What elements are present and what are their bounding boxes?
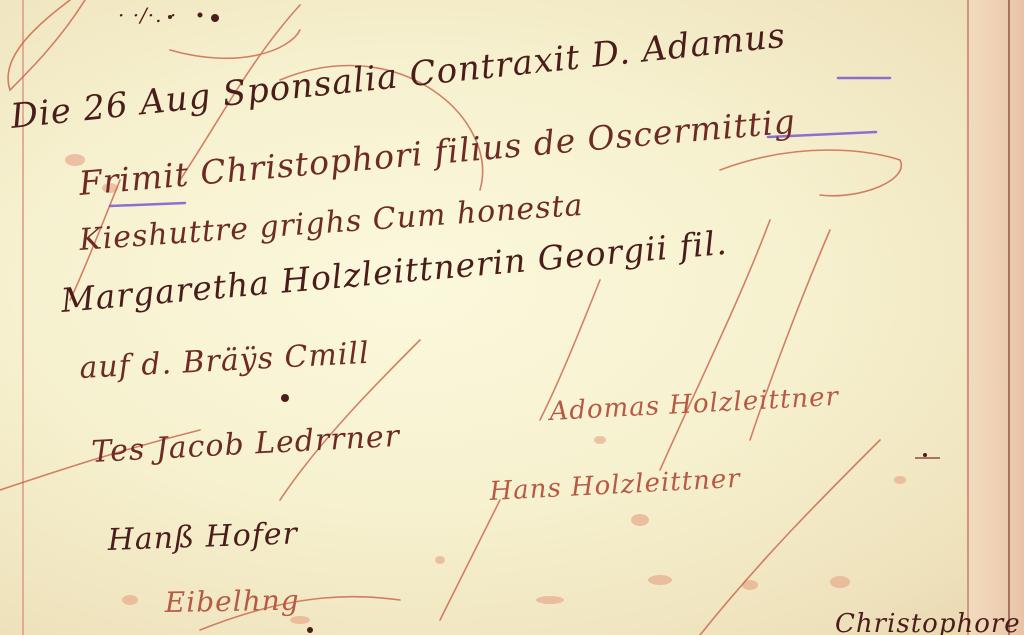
- line-5: auf d. Bräÿs Cmill: [79, 336, 371, 386]
- manuscript-page: · ·/·. · Die 26 Aug Sponsalia Contraxit …: [0, 0, 1024, 635]
- line-10: Eibelhng: [164, 584, 300, 619]
- line-8-witness: Hans Holzleittner: [488, 464, 742, 507]
- line-7-witness: Tes Jacob Ledrrner: [91, 419, 402, 470]
- line-0: · ·/·. ·: [118, 3, 177, 27]
- line-6-witness: Adomas Holzleittner: [547, 382, 840, 427]
- line-9-witness: Hanß Hofer: [106, 516, 299, 558]
- handwritten-entry: · ·/·. · Die 26 Aug Sponsalia Contraxit …: [0, 0, 1024, 635]
- line-11-next-entry: Christophore: [835, 609, 1021, 635]
